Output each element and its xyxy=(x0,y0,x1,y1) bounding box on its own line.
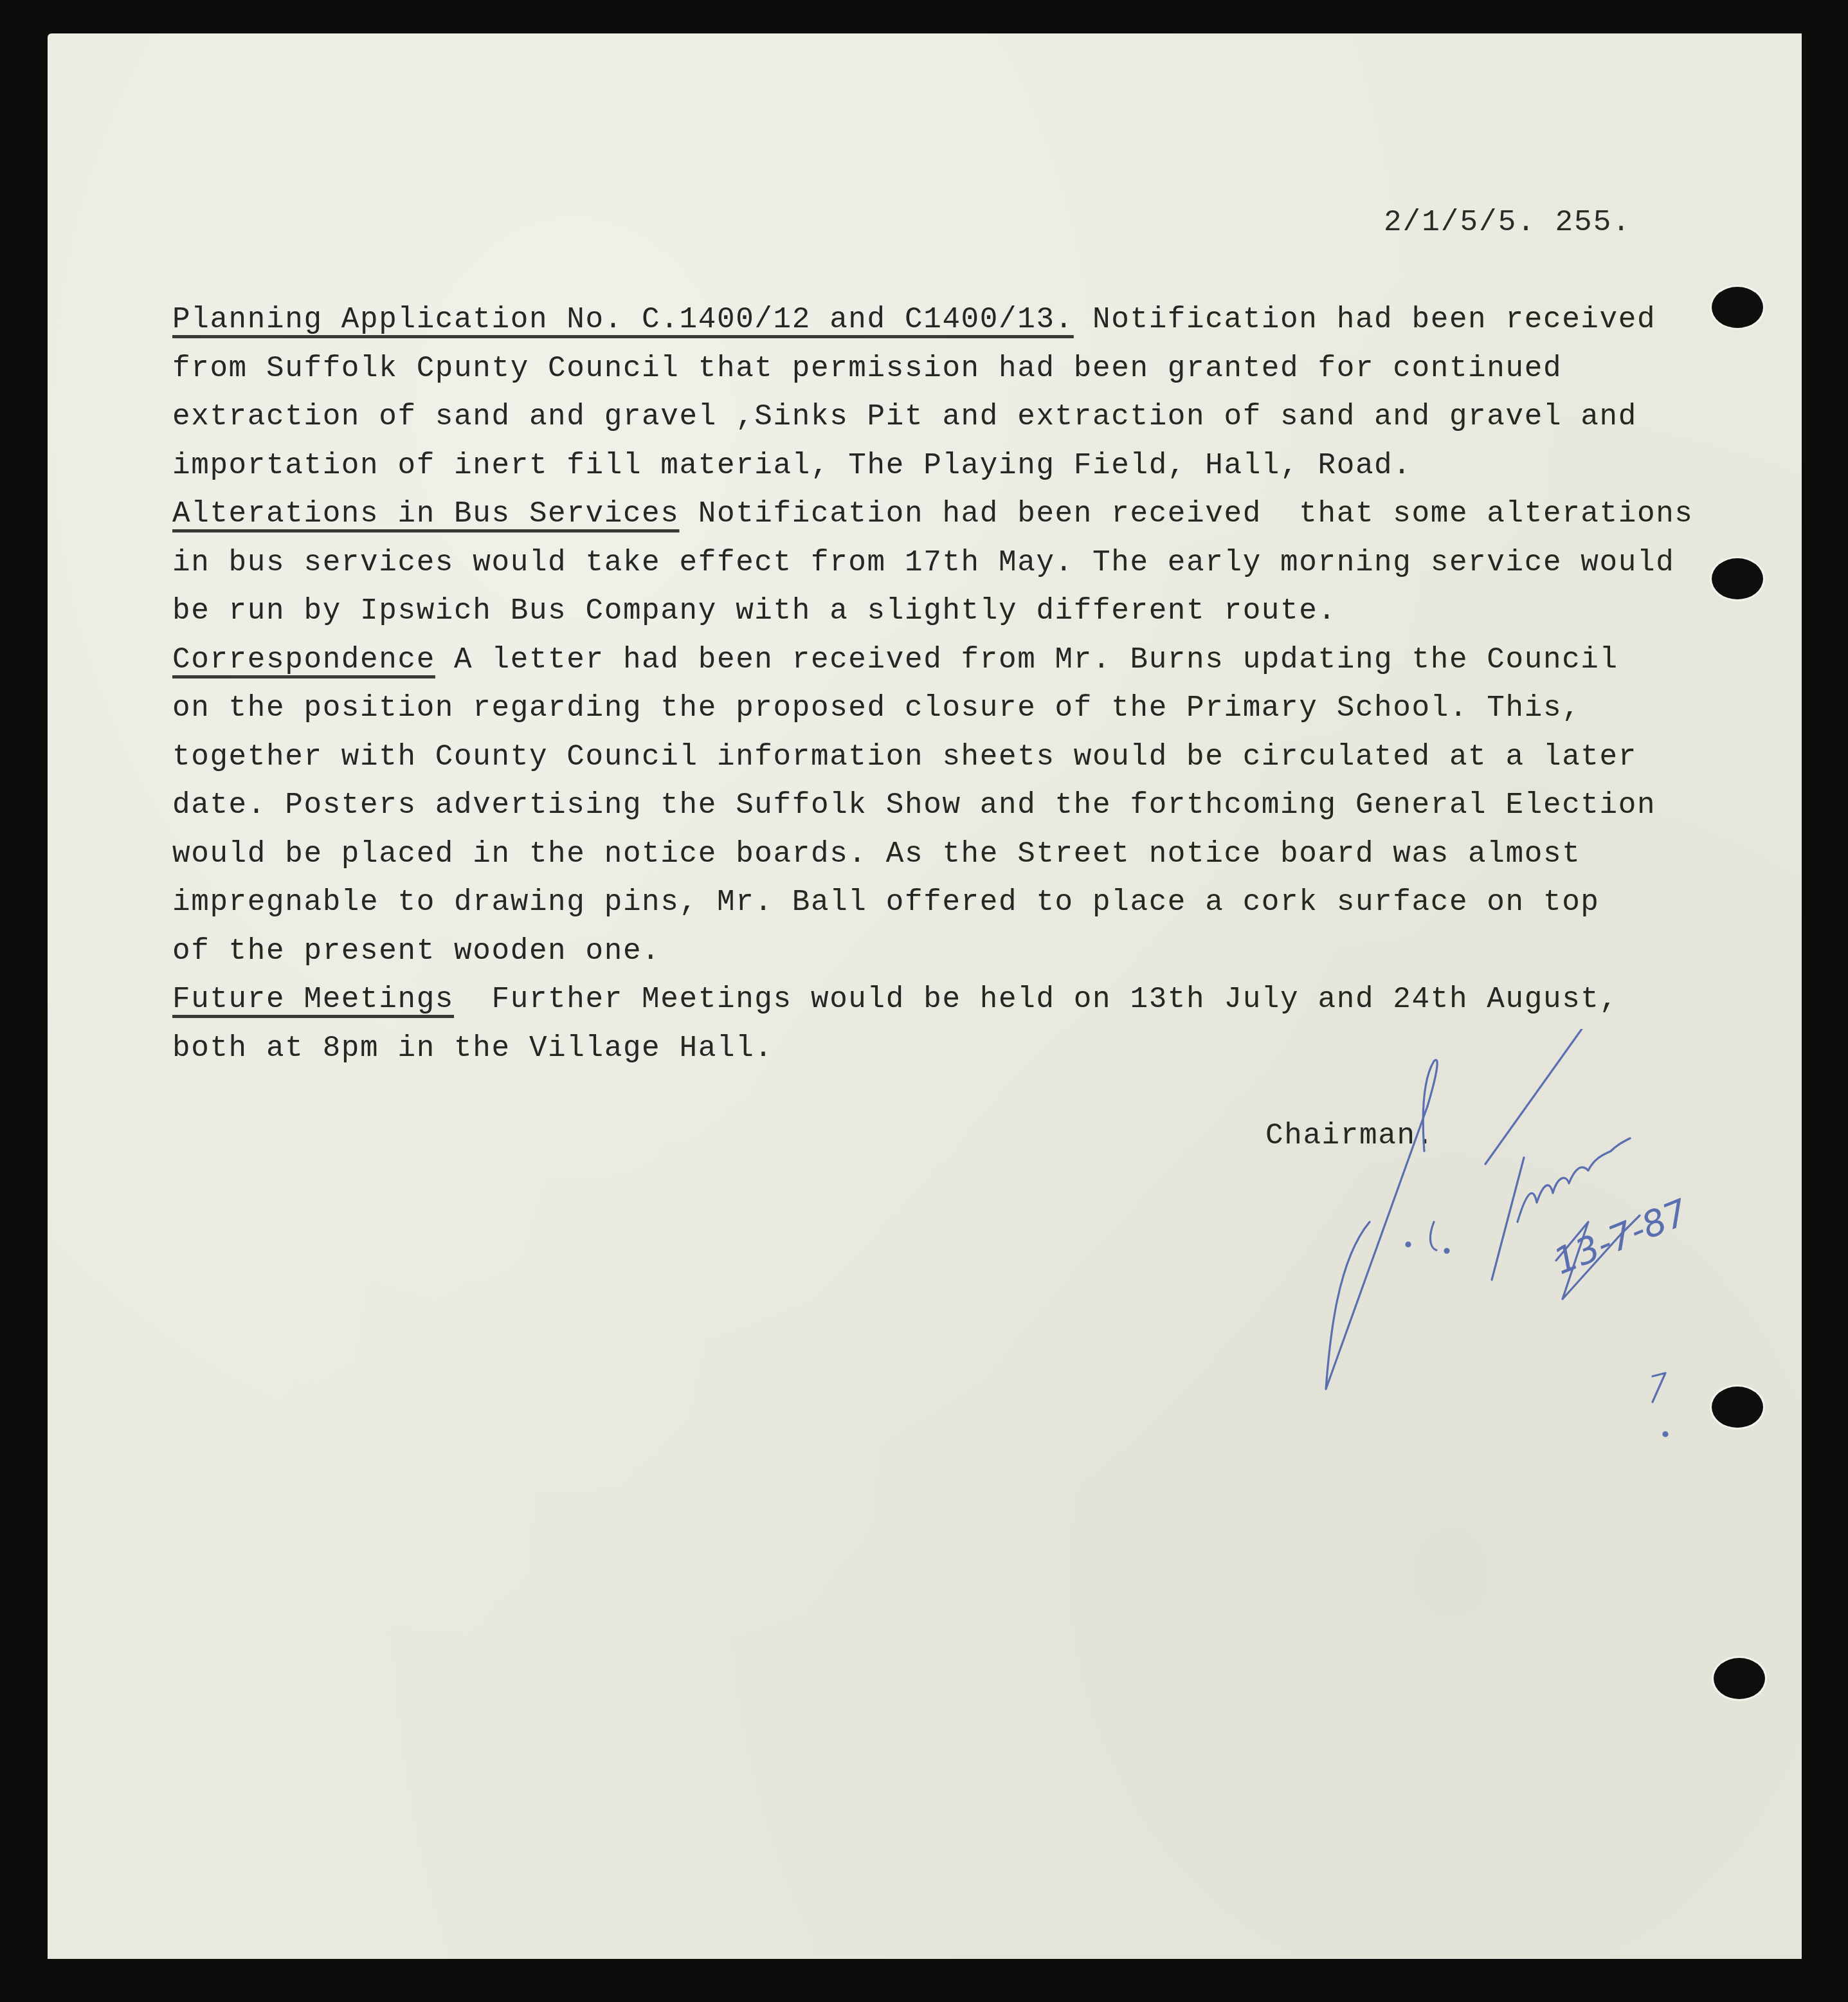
page-number: . 255. xyxy=(1517,206,1631,239)
punch-hole-2 xyxy=(1712,558,1763,599)
body-line: would be placed in the notice boards. As… xyxy=(172,830,1767,879)
body-text: Notification had been received xyxy=(1074,303,1656,336)
punch-hole-3 xyxy=(1712,1387,1763,1428)
struck-page-number: 2/1/5/5 xyxy=(1384,206,1517,239)
handwritten-signature xyxy=(1280,1029,1768,1441)
punch-hole-1 xyxy=(1712,287,1763,328)
body-text: Notification had been received that some… xyxy=(680,497,1694,531)
section-heading-bus-services: Alterations in Bus Services xyxy=(172,497,680,531)
body-line: impregnable to drawing pins, Mr. Ball of… xyxy=(172,878,1767,927)
section-heading-future-meetings: Future Meetings xyxy=(172,983,454,1016)
body-line: date. Posters advertising the Suffolk Sh… xyxy=(172,781,1767,830)
body-line: be run by Ipswich Bus Company with a sli… xyxy=(172,587,1767,636)
body-line: extraction of sand and gravel ,Sinks Pit… xyxy=(172,393,1767,442)
section-heading-correspondence: Correspondence xyxy=(172,643,435,677)
section-planning-line-1: Planning Application No. C.1400/12 and C… xyxy=(172,296,1767,345)
body-text: A letter had been received from Mr. Burn… xyxy=(435,643,1618,677)
page-reference: 2/1/5/5. 255. xyxy=(1384,206,1631,239)
section-correspondence-line-1: Correspondence A letter had been receive… xyxy=(172,636,1767,685)
minutes-body: Planning Application No. C.1400/12 and C… xyxy=(172,296,1767,1073)
body-text: Further Meetings would be held on 13th J… xyxy=(454,983,1618,1016)
body-line: in bus services would take effect from 1… xyxy=(172,539,1767,588)
body-line: together with County Council information… xyxy=(172,733,1767,782)
body-line: of the present wooden one. xyxy=(172,927,1767,976)
body-line: importation of inert fill material, The … xyxy=(172,442,1767,491)
section-heading-planning: Planning Application No. C.1400/12 and C… xyxy=(172,303,1074,336)
section-meetings-line-1: Future Meetings Further Meetings would b… xyxy=(172,976,1767,1024)
body-line: from Suffolk Cpunty Council that permiss… xyxy=(172,345,1767,394)
section-bus-line-1: Alterations in Bus Services Notification… xyxy=(172,490,1767,539)
punch-hole-4 xyxy=(1714,1658,1765,1699)
body-line: on the position regarding the proposed c… xyxy=(172,684,1767,733)
